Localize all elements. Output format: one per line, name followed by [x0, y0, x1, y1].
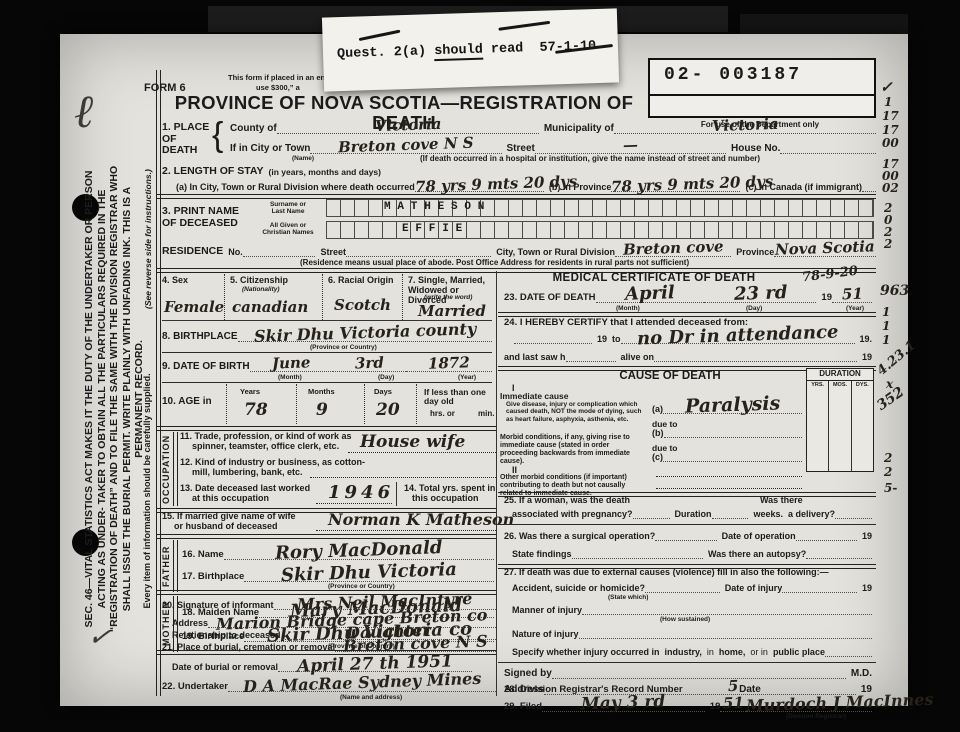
- q28-line: 28. Division Registrar's Record Number 5: [504, 682, 784, 695]
- year-19-label: 19: [710, 701, 721, 712]
- registrar-record-number-label: 28. Division Registrar's Record Number: [504, 684, 683, 695]
- q29-line: 29. Filed May 3 rd 19 51 Murdoch J MacIn…: [504, 698, 872, 712]
- filed-year-field: 51: [720, 696, 746, 712]
- pen-stroke: [498, 21, 550, 31]
- filed-date-field: May 3 rd: [542, 695, 705, 712]
- filed-date-value: May 3 rd: [581, 694, 666, 714]
- correction-slip: Quest. 2(a) should read 57-1-10: [322, 8, 619, 91]
- registrar-record-number-value: 5: [728, 679, 739, 694]
- registrar-signature: Murdoch J MacInnes: [746, 692, 934, 715]
- filed-label: 29. Filed: [504, 701, 542, 712]
- filed-year-value: 51: [723, 696, 744, 712]
- scan-artifact: [740, 14, 908, 34]
- division-registrar-note: (Division Registrar): [786, 713, 846, 720]
- pen-stroke: [359, 30, 401, 41]
- registrar-record-number-field: 5: [683, 679, 784, 695]
- footer-fields-layer: 29. Filed May 3 rd 19 51 Murdoch J MacIn…: [60, 34, 908, 706]
- slip-text-underlined: should: [434, 43, 483, 62]
- slip-text-1: Quest. 2(a): [337, 44, 435, 62]
- registrar-signature-field: Murdoch J MacInnes: [746, 695, 872, 712]
